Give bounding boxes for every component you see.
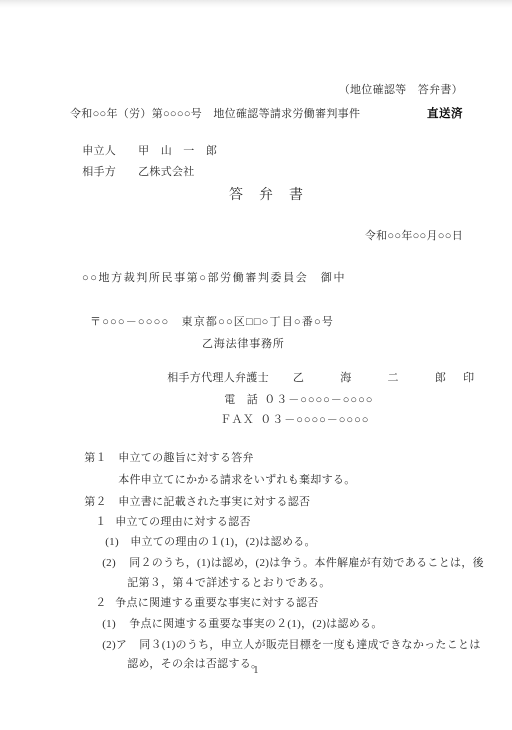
case-number-row: 令和○○年（労）第○○○○号 地位確認等請求労働審判事件 直送済 <box>70 107 463 121</box>
fax-row: ＦＡＸ０３－○○○○－○○○○ <box>208 399 369 441</box>
direct-send-stamp: 直送済 <box>427 107 463 121</box>
case-number-line: 令和○○年（労）第○○○○号 地位確認等請求労働審判事件 <box>70 107 360 121</box>
attorney-name-char: 郎 <box>435 371 446 385</box>
document-page: （地位確認等 答弁書） 令和○○年（労）第○○○○号 地位確認等請求労働審判事件… <box>0 0 512 730</box>
document-date: 令和○○年○○月○○日 <box>365 229 463 243</box>
fax-number: ０３－○○○○－○○○○ <box>260 414 369 426</box>
respondent-label: 相手方 <box>82 166 116 178</box>
sender-postal-address: 〒○○○－○○○○ 東京都○○区□□○丁目○番○号 <box>90 315 334 329</box>
page-number: 1 <box>0 664 512 678</box>
fax-label: ＦＡＸ <box>220 413 260 427</box>
document-title: 答 弁 書 <box>70 187 463 205</box>
recipient-line: ○○地方裁判所民事第○部労働審判委員会 御中 <box>82 271 346 285</box>
doc-type-label: （地位確認等 答弁書） <box>339 83 463 97</box>
attorney-name-char: 二 <box>388 371 399 385</box>
attorney-seal-mark: 印 <box>463 371 474 385</box>
page-top-edge <box>0 0 512 8</box>
law-office-name: 乙海法律事務所 <box>202 337 285 351</box>
respondent-name: 乙株式会社 <box>138 166 195 178</box>
